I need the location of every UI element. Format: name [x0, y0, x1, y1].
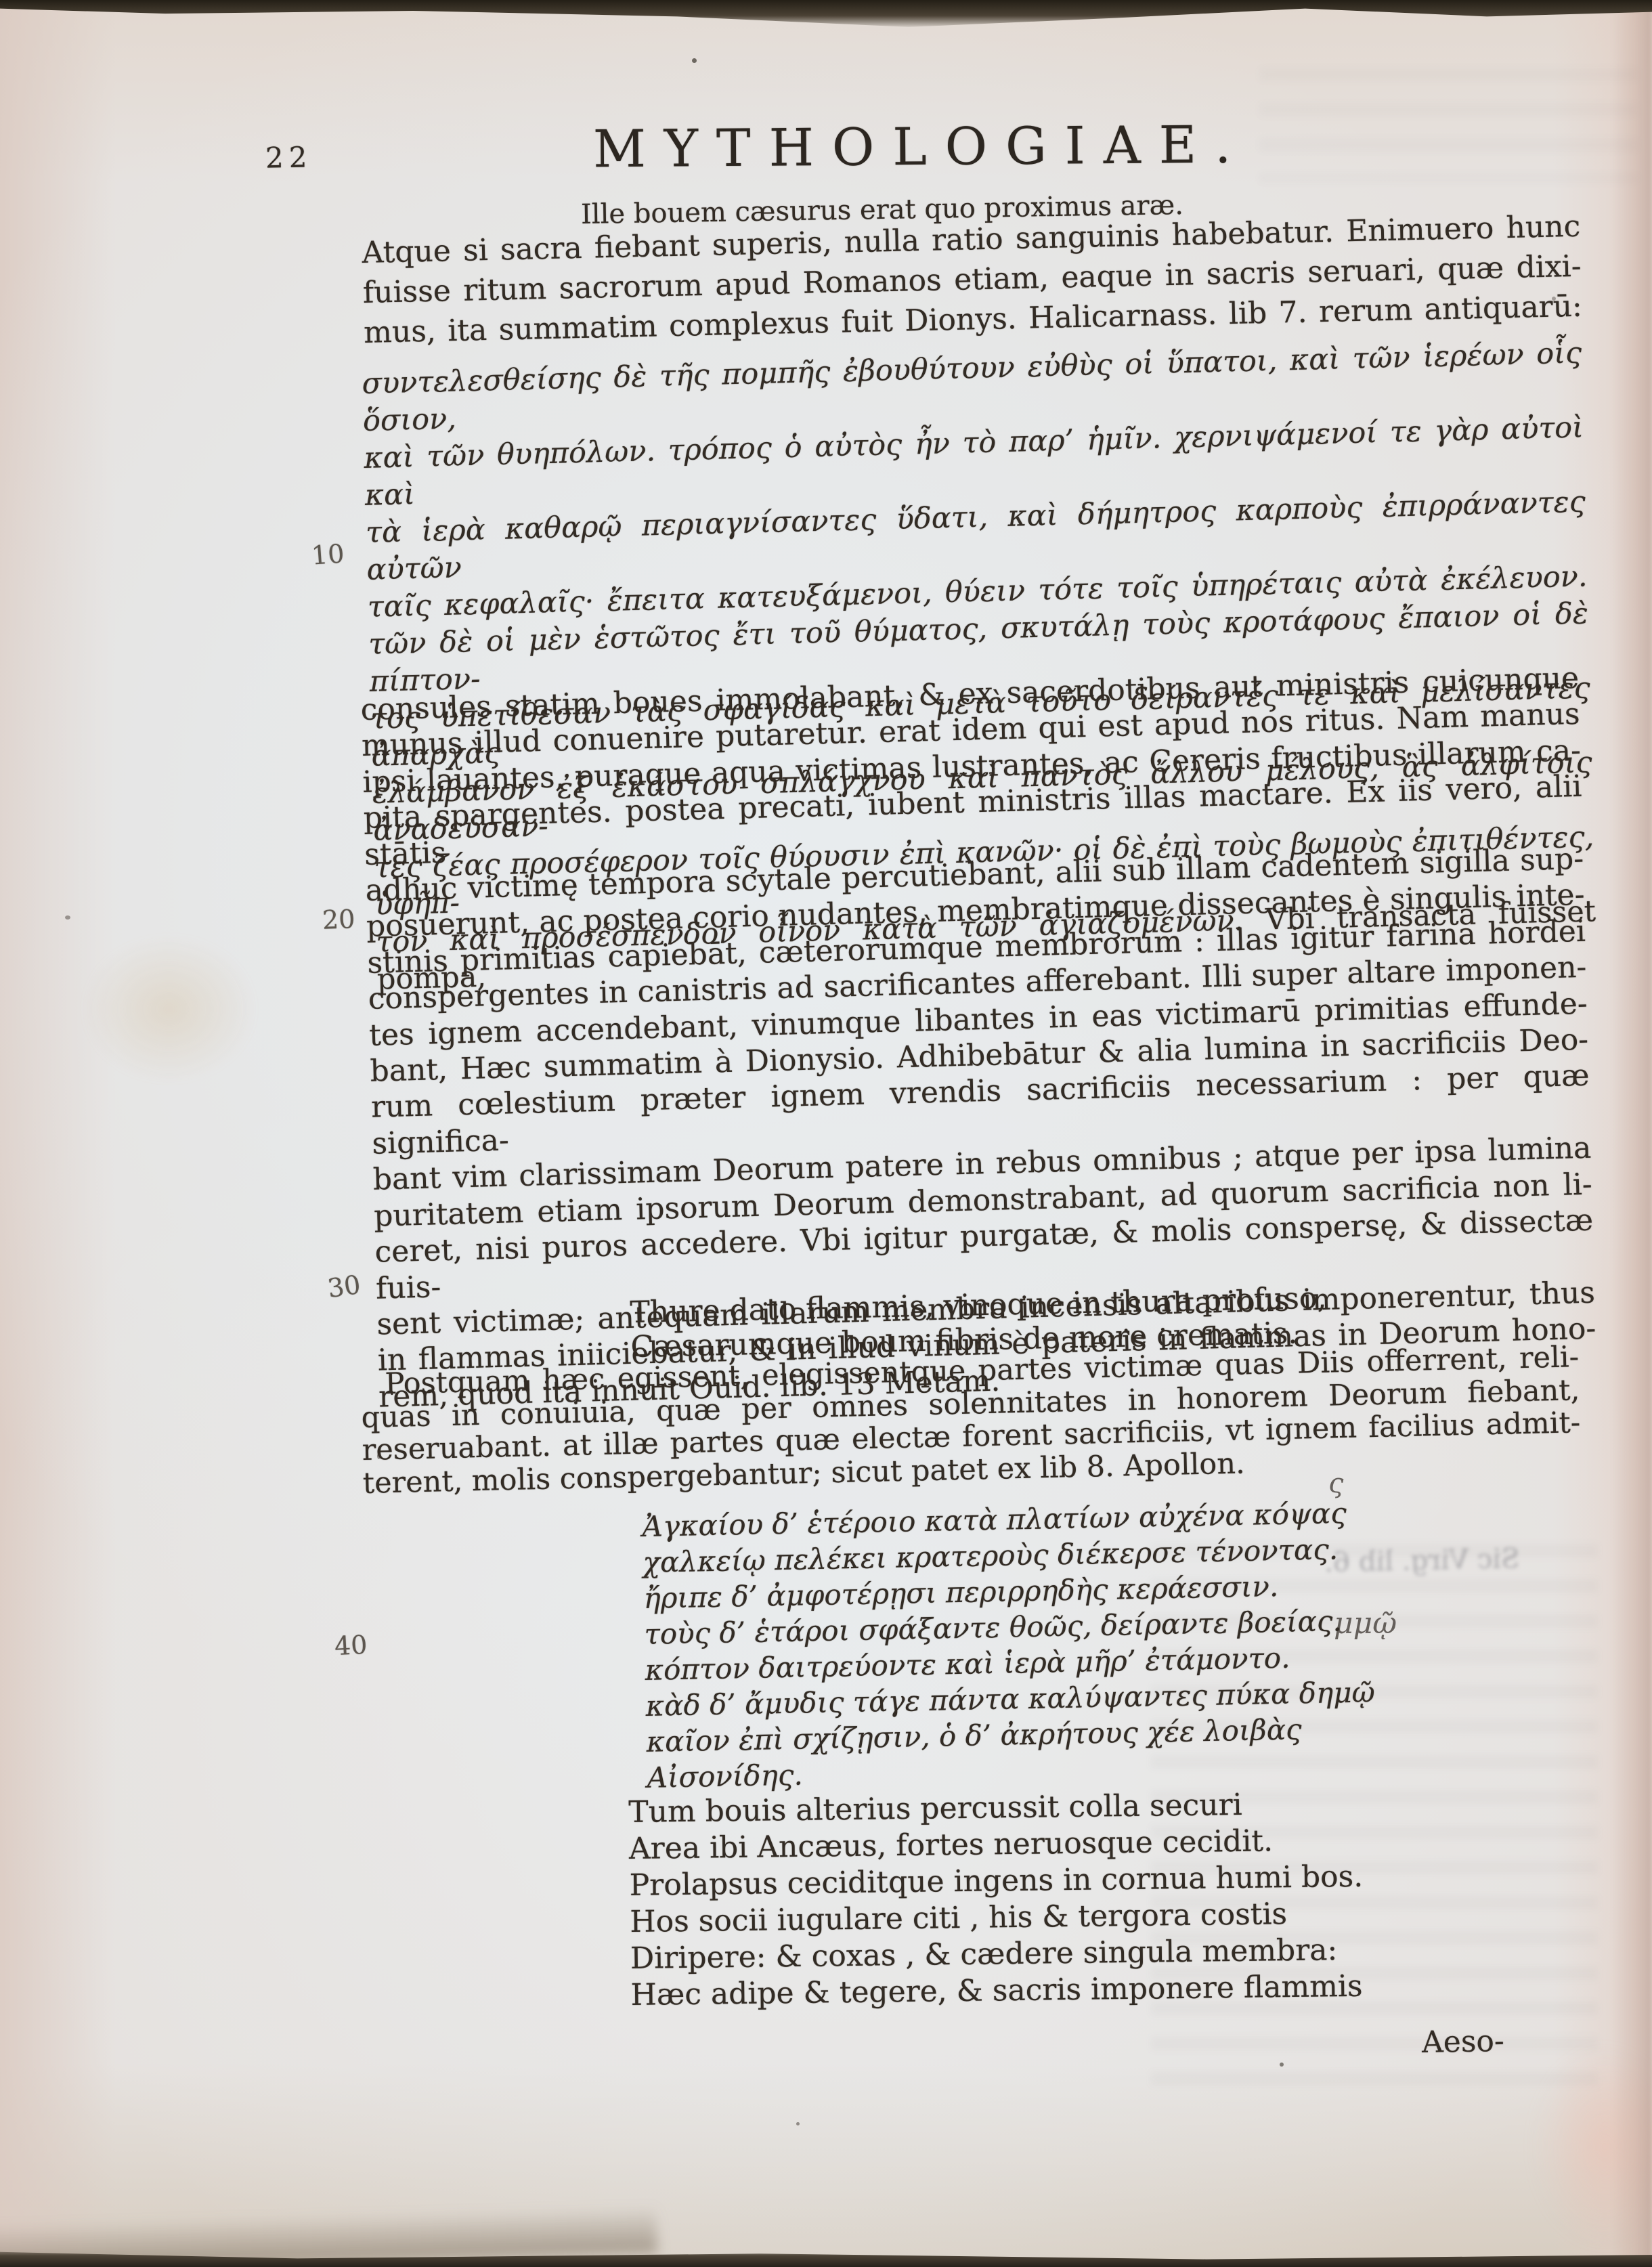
greek-verse-quotation-apollonius: Ἀγκαίου δ’ ἑτέροιο κατὰ πλατίων αὐχένα κ… — [642, 1494, 1376, 1796]
ink-speck — [1552, 297, 1556, 301]
ink-speck — [377, 1453, 381, 1459]
margin-line-number-20: 20 — [322, 904, 355, 935]
catchword: Aeso- — [1422, 2024, 1505, 2060]
ink-speck — [1280, 2063, 1284, 2067]
ink-speck — [692, 58, 697, 63]
book-page-scan: Sic Virg. lib 6. ς μμῷ 22 MYTHOLOGIAE. I… — [0, 0, 1652, 2267]
margin-line-number-30: 30 — [326, 1270, 362, 1303]
latin-verse-translation: Tum bouis alterius percussit colla secur… — [628, 1786, 1364, 2014]
ink-speck — [65, 915, 70, 920]
page-curve-shadow — [1611, 0, 1652, 2267]
margin-line-number-40: 40 — [334, 1630, 368, 1661]
page-number: 22 — [265, 140, 313, 174]
margin-line-number-10: 10 — [311, 538, 345, 570]
latin-paragraph-3: Postquam hæc egissent, elegissentque par… — [360, 1341, 1582, 1500]
running-title: MYTHOLOGIAE. — [593, 114, 1250, 179]
ink-speck — [796, 2122, 800, 2125]
